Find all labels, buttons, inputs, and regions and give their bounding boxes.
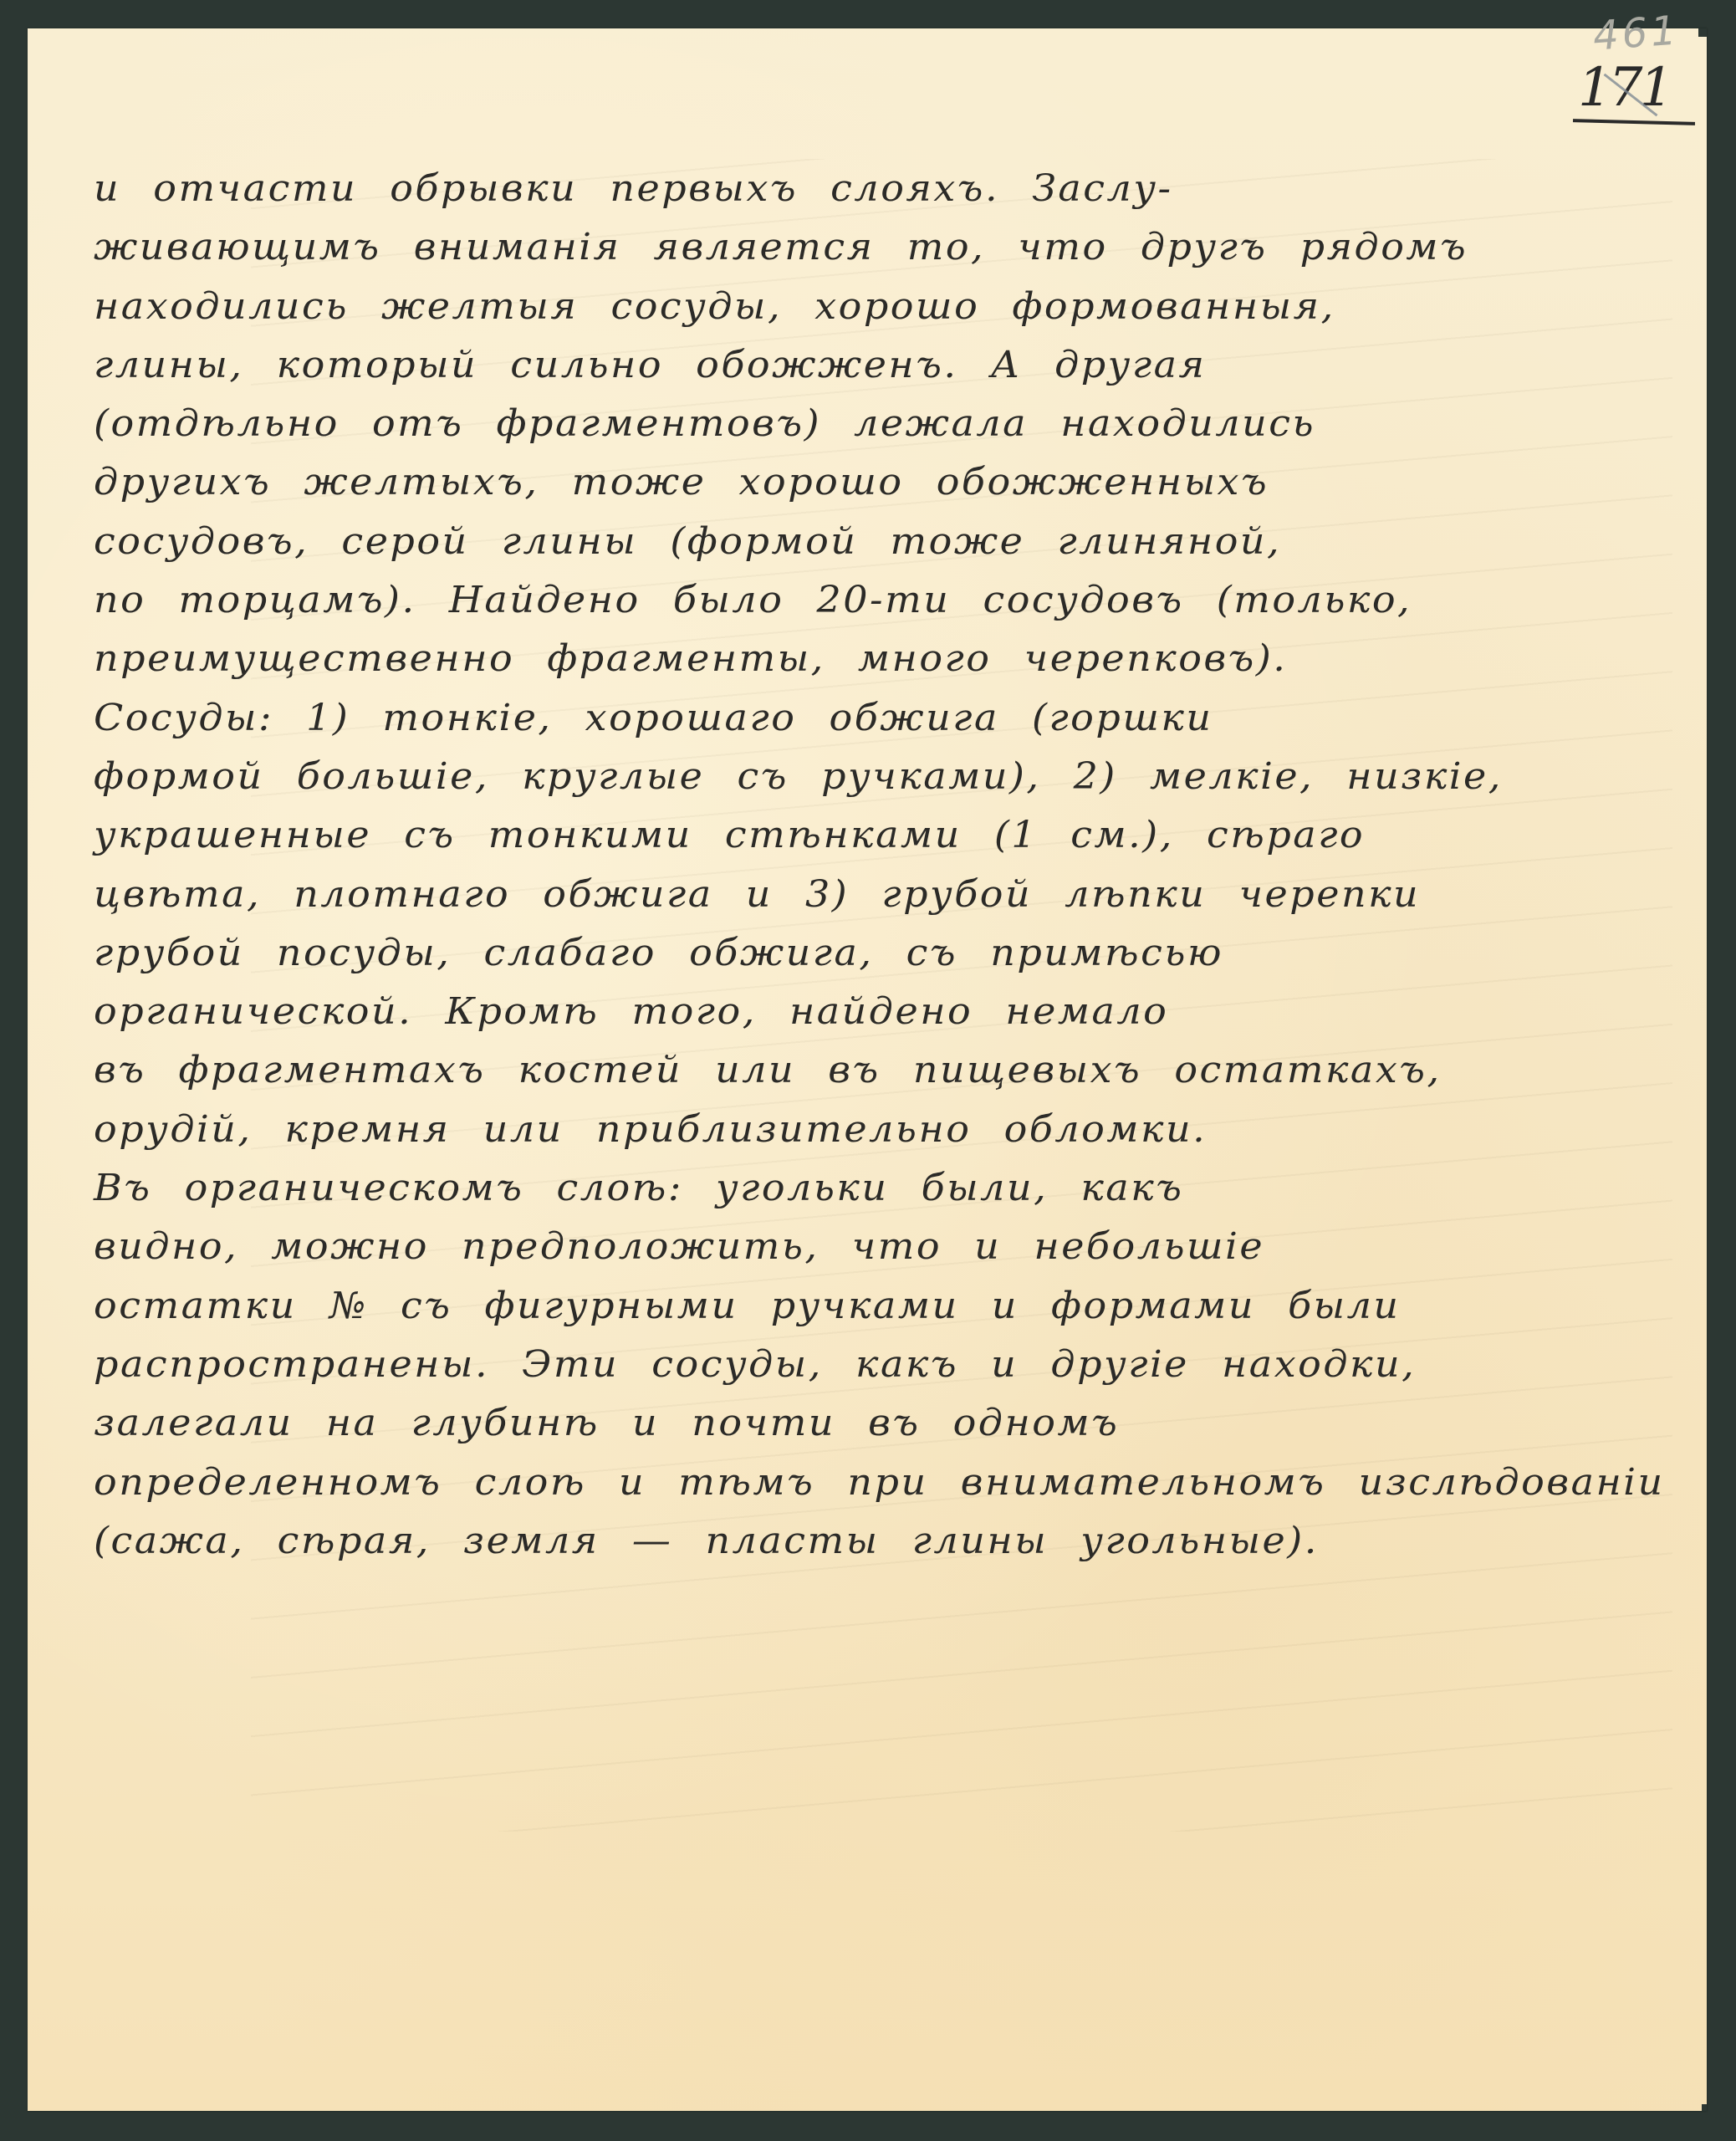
text-line: (сажа, сѣрая, земля — пласты глины уголь… [94,1513,1666,1569]
text-line: распространены. Эти сосуды, какъ и другі… [94,1336,1666,1392]
text-line: живающимъ вниманія является то, что друг… [94,219,1666,275]
text-line: остатки № съ фигурными ручками и формами… [94,1277,1666,1333]
text-line: грубой посуды, слабаго обжига, съ примѣс… [94,925,1666,981]
text-line: формой большіе, круглые съ ручками), 2) … [94,749,1666,805]
text-line: въ фрагментахъ костей или въ пищевыхъ ос… [94,1042,1666,1098]
text-line: залегали на глубинѣ и почти въ одномъ [94,1395,1666,1451]
paper-corner-notch [1698,28,1707,37]
text-line: (отдѣльно отъ фрагментовъ) лежала находи… [94,396,1666,452]
text-line: находились желтыя сосуды, хорошо формова… [94,278,1666,334]
text-line: Сосуды: 1) тонкіе, хорошаго обжига (горш… [94,689,1666,745]
text-line: преимущественно фрагменты, много черепко… [94,631,1666,687]
text-line: и отчасти обрывки первыхъ слояхъ. Заслу- [94,161,1666,217]
text-line: Въ органическомъ слоѣ: угольки были, как… [94,1160,1666,1216]
text-line: определенномъ слоѣ и тѣмъ при внимательн… [94,1454,1666,1510]
text-line: цвѣта, плотнаго обжига и 3) грубой лѣпки… [94,866,1666,922]
text-line: органической. Кромѣ того, найдено немало [94,984,1666,1040]
folio-number-pencil: 461 [1591,7,1681,59]
text-line: по торцамъ). Найдено было 20-ти сосудовъ… [94,572,1666,628]
text-line: сосудовъ, серой глины (формой тоже глиня… [94,514,1666,570]
text-line: глины, который сильно обожженъ. А другая [94,337,1666,393]
text-line: украшенные съ тонкими стѣнками (1 см.), … [94,807,1666,863]
text-line: другихъ желтыхъ, тоже хорошо обожженныхъ [94,454,1666,510]
text-line: видно, можно предположить, что и небольш… [94,1219,1666,1275]
text-line: орудій, кремня или приблизительно обломк… [94,1101,1666,1157]
handwritten-text-body: и отчасти обрывки первыхъ слояхъ. Заслу-… [94,159,1666,1570]
paper-corner-notch [1702,2104,1707,2111]
